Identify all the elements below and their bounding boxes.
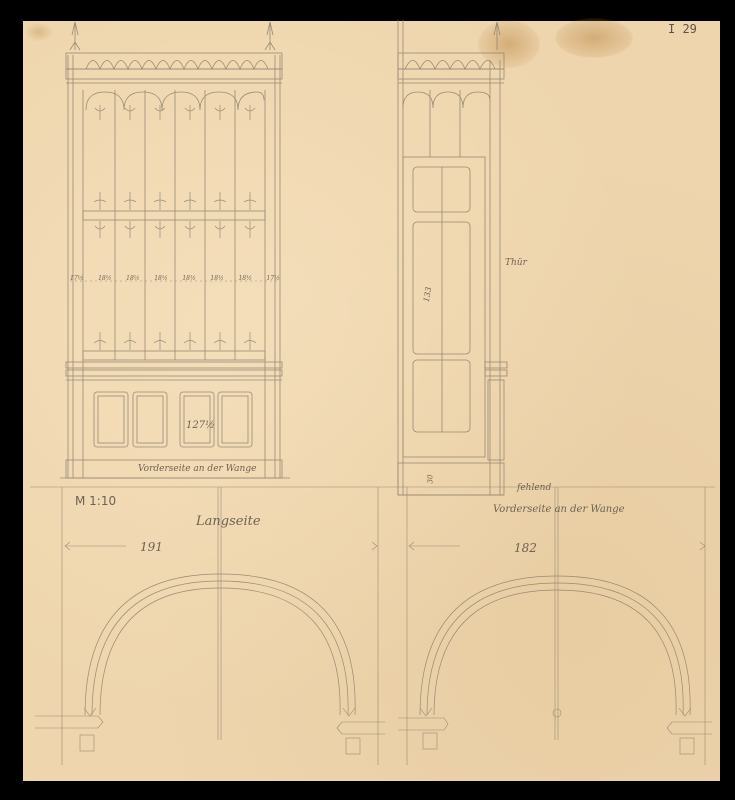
plan-short-side-width: 182 xyxy=(514,541,537,555)
row-dimension: 17½ xyxy=(267,275,280,282)
plan-long-side-title: Langseite xyxy=(196,514,261,529)
pencil-drawing xyxy=(0,0,735,800)
side-elevation-label: Thür xyxy=(505,258,527,268)
row-dimension: 18½ xyxy=(182,275,195,282)
plan-short-side-title: Vorderseite an der Wange xyxy=(493,504,625,515)
row-dimension: 18½ xyxy=(154,275,167,282)
side-elevation-base-dimension: 30 xyxy=(426,475,434,484)
front-elevation xyxy=(60,22,290,478)
row-dimension: 18½ xyxy=(126,275,139,282)
plan-long-side-width: 191 xyxy=(140,540,163,554)
scale-label: M 1:10 xyxy=(75,494,116,508)
row-dimension: 18½ xyxy=(238,275,251,282)
plan-short-side-note: fehlend xyxy=(517,483,551,493)
side-elevation xyxy=(398,20,507,495)
front-elevation-height: 127½ xyxy=(186,420,215,431)
row-dimension: 18½ xyxy=(98,275,111,282)
row-dimension: 17½ xyxy=(70,275,83,282)
front-row-dimensions: 17½ 18½ 18½ 18½ 18½ 18½ 18½ 17½ xyxy=(70,275,280,282)
plan-grid xyxy=(30,487,715,765)
catalog-number: I 29 xyxy=(668,22,697,36)
row-dimension: 18½ xyxy=(210,275,223,282)
front-elevation-caption: Vorderseite an der Wange xyxy=(138,464,256,474)
